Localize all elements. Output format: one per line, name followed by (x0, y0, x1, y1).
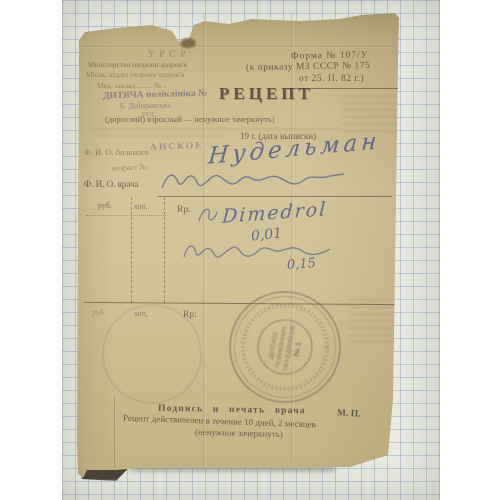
column-kop: коп. (134, 202, 148, 211)
facility-overstamp: АНСКОЕ (150, 141, 204, 153)
stamp-ring-text (243, 305, 327, 389)
rx-dose-2-handwritten: 0,15 (287, 256, 317, 273)
mp-label: М. П. (337, 408, 361, 419)
country-name: УРСР (148, 49, 191, 59)
faint-stamp-impression (102, 304, 202, 404)
round-doctor-stamp: ДЕТСКОЕ ПОЛИКЛИНИЧ. ОБЪЕДИНЕНИЕ № 1 (226, 288, 344, 406)
ministry-line-1: Міністерство охорони здоров'я (88, 60, 187, 69)
doctor-name-label: Ф. И. О. врача (84, 179, 139, 189)
stamp-number: № 1 (292, 341, 303, 357)
rx-flourish (196, 204, 220, 226)
column-divider-1 (131, 197, 132, 303)
patient-name-label: Ф. И. О. больного (84, 147, 149, 157)
column-divider-2 (164, 197, 165, 303)
rp-label-1: Rp. (177, 205, 190, 215)
faded-line-2 (95, 132, 225, 137)
age-group-line: (дорослий) взрослый — ненужное зачеркнут… (105, 114, 274, 124)
row2-rub: руб. (92, 308, 106, 317)
ghost-text-mid-right (348, 298, 393, 343)
faded-line-1 (92, 124, 342, 130)
rule-under-doctor (158, 196, 392, 197)
order-reference-2: от 25. II. 82 г.) (299, 74, 364, 84)
column-rub: руб. (98, 201, 112, 210)
dotted-rule (86, 215, 166, 216)
doctor-signature (158, 164, 348, 198)
ghost-text-top-right (342, 92, 397, 132)
photo-of-prescription: УРСР Міністерство охорони здоров'я Міськ… (0, 0, 500, 500)
institution-line: Мед. заклад ........ № .. (97, 81, 167, 90)
clinic-stamp-line-2: Б. Дніпровська (120, 101, 171, 111)
ministry-line-2: Міськ. відділ охорони здоров'я (86, 70, 184, 79)
age-label: возраст № (112, 162, 147, 172)
form-title: РЕЦЕПТ (219, 84, 314, 104)
form-number: Форма № 107/У (291, 50, 369, 61)
